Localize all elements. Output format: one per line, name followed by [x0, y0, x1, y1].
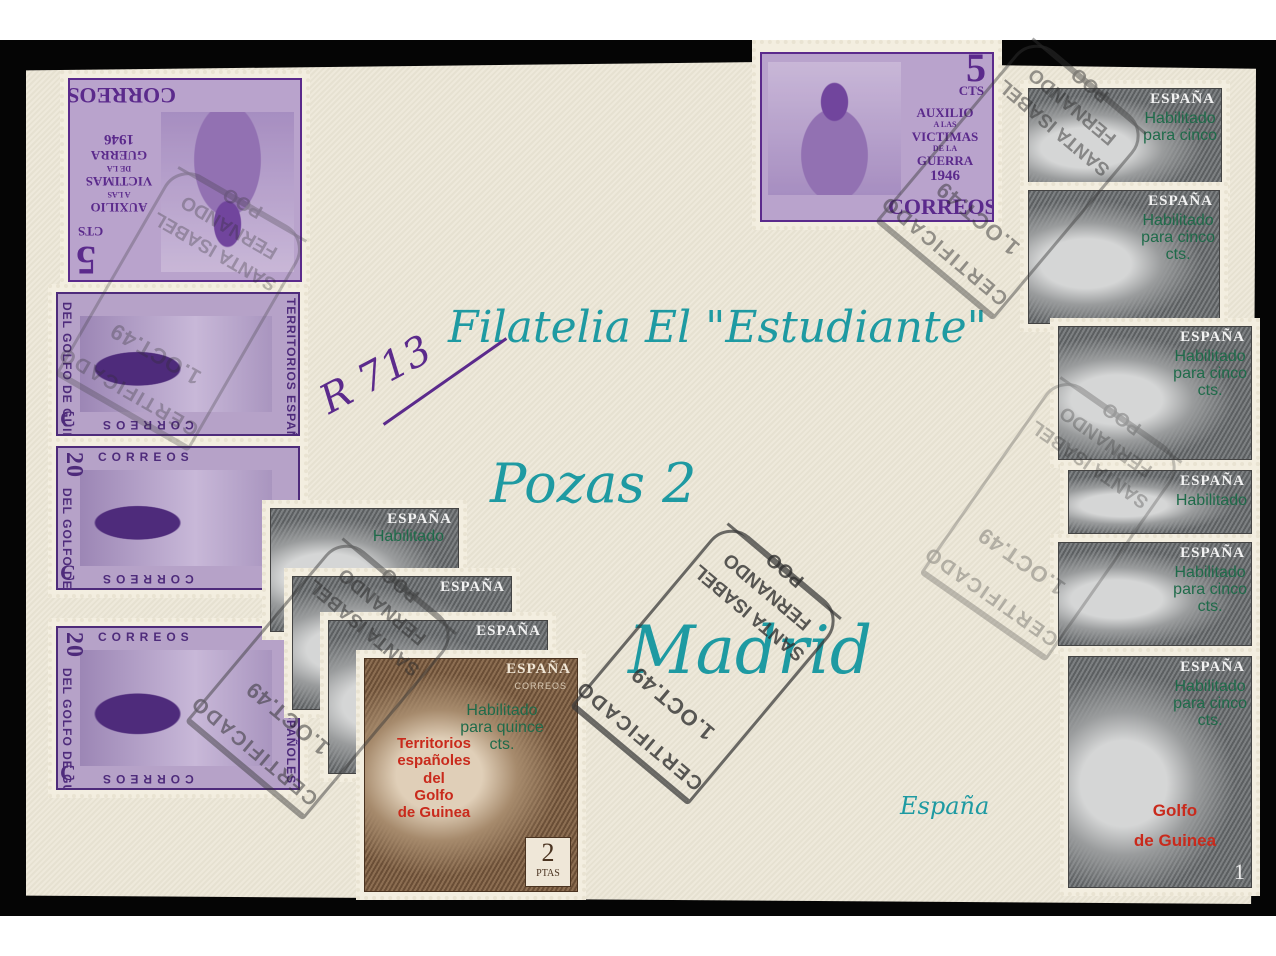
stamp-country: ESPAÑA	[1180, 329, 1245, 346]
stamp-value: 5	[76, 240, 96, 280]
stamp-country: ESPAÑA	[1180, 659, 1245, 676]
overprint-line: Golfo	[369, 787, 499, 804]
stamp-line: VICTIMAS	[76, 175, 162, 188]
overprint-line: para cinco	[1141, 230, 1215, 247]
stamp-currency: PTAS	[526, 868, 570, 879]
overprint-line: de Guinea	[1115, 831, 1235, 851]
overprint-line: Territorios	[369, 735, 499, 752]
overprint-golfo: Golfo de Guinea	[1115, 801, 1235, 850]
stamp-country: ESPAÑA	[1148, 193, 1213, 210]
overprint-line: cts.	[1173, 599, 1247, 616]
stamp-band-top: CORREOS	[98, 450, 194, 464]
overprint-line: para cinco	[1173, 366, 1247, 383]
stamp-country: ESPAÑA	[387, 511, 452, 528]
stamp-band-right: TERRITORIOS ESPAÑOLES	[284, 298, 298, 436]
stamp-country: ESPAÑA	[440, 579, 505, 596]
overprint-territorios: Territorios españoles del Golfo de Guine…	[369, 735, 499, 821]
overprint-cinco: Habilitado para cinco cts.	[1173, 679, 1247, 729]
stamp-country: ESPAÑA	[506, 661, 571, 678]
overprint-line: para cinco	[1173, 582, 1247, 599]
stamp-year: 1946	[76, 131, 162, 146]
stamp-line: DE LA	[76, 164, 162, 172]
stamp-country: ESPAÑA	[1150, 91, 1215, 108]
address-line-2: Pozas 2	[490, 452, 697, 515]
overprint-line: Golfo	[1115, 801, 1235, 821]
stamp-country: ESPAÑA	[1180, 545, 1245, 562]
overprint-line: Habilitado	[1173, 679, 1247, 696]
overprint-line: Habilitado	[427, 703, 577, 720]
stamp-value-unit: C	[60, 406, 77, 432]
stamp-value: 20	[60, 632, 87, 658]
stamp-value: 20	[60, 452, 87, 478]
stamp-footer: CORREOS	[76, 84, 176, 106]
knight-on-horse-icon	[768, 62, 901, 195]
overprint-line: Habilitado	[1173, 565, 1247, 582]
overprint-line: Habilitado	[1143, 111, 1217, 128]
stamp-value: 2	[526, 838, 570, 868]
overprint-line: cts.	[1173, 713, 1247, 730]
laborer-scene-icon	[80, 470, 272, 566]
address-country: España	[900, 792, 989, 820]
stamp-value: 1	[1234, 859, 1245, 885]
overprint-line: cts.	[1173, 383, 1247, 400]
overprint-line: para cinco	[1143, 128, 1217, 145]
stamp-value-unit: C	[60, 560, 77, 586]
stamp-line: A LAS	[76, 190, 162, 198]
stamp-value-box: 2 PTAS	[525, 837, 571, 887]
address-line-1: Filatelia El "Estudiante"	[448, 302, 987, 353]
overprint-cinco: Habilitado para cinco	[1143, 111, 1217, 145]
overprint-line: españoles	[369, 752, 499, 769]
stamp-band-bottom: CORREOS	[98, 772, 194, 786]
overprint-line: cts.	[1141, 247, 1215, 264]
stamp-value-unit: C	[60, 760, 77, 786]
stamp-line: GUERRA	[76, 149, 162, 162]
stamp-franco-grey-golfo-1pta: ESPAÑA Habilitado para cinco cts. Golfo …	[1060, 648, 1260, 896]
stamp-currency: CTS	[78, 225, 103, 238]
overprint-cinco: Habilitado para cinco cts.	[1141, 213, 1215, 263]
overprint-cinco: Habilitado para cinco cts.	[1173, 349, 1247, 399]
stamp-country: ESPAÑA	[476, 623, 541, 640]
overprint-cinco: Habilitado para cinco cts.	[1173, 565, 1247, 615]
overprint-habilitado: Habilitado	[1176, 493, 1247, 510]
overprint-line: para cinco	[1173, 696, 1247, 713]
stamp-sub: CORREOS	[514, 681, 567, 691]
stamp-country: ESPAÑA	[1180, 473, 1245, 490]
stamp-band-bottom: CORREOS	[98, 572, 194, 586]
stamp-face: ESPAÑA Habilitado para cinco cts. Golfo …	[1068, 656, 1252, 888]
overprint-line: Habilitado	[1173, 349, 1247, 366]
overprint-line: del	[369, 770, 499, 787]
overprint-habilitado: Habilitado	[373, 529, 444, 546]
overprint-line: Habilitado	[1141, 213, 1215, 230]
overprint-line: de Guinea	[369, 804, 499, 821]
stamp-band-top: CORREOS	[98, 630, 194, 644]
